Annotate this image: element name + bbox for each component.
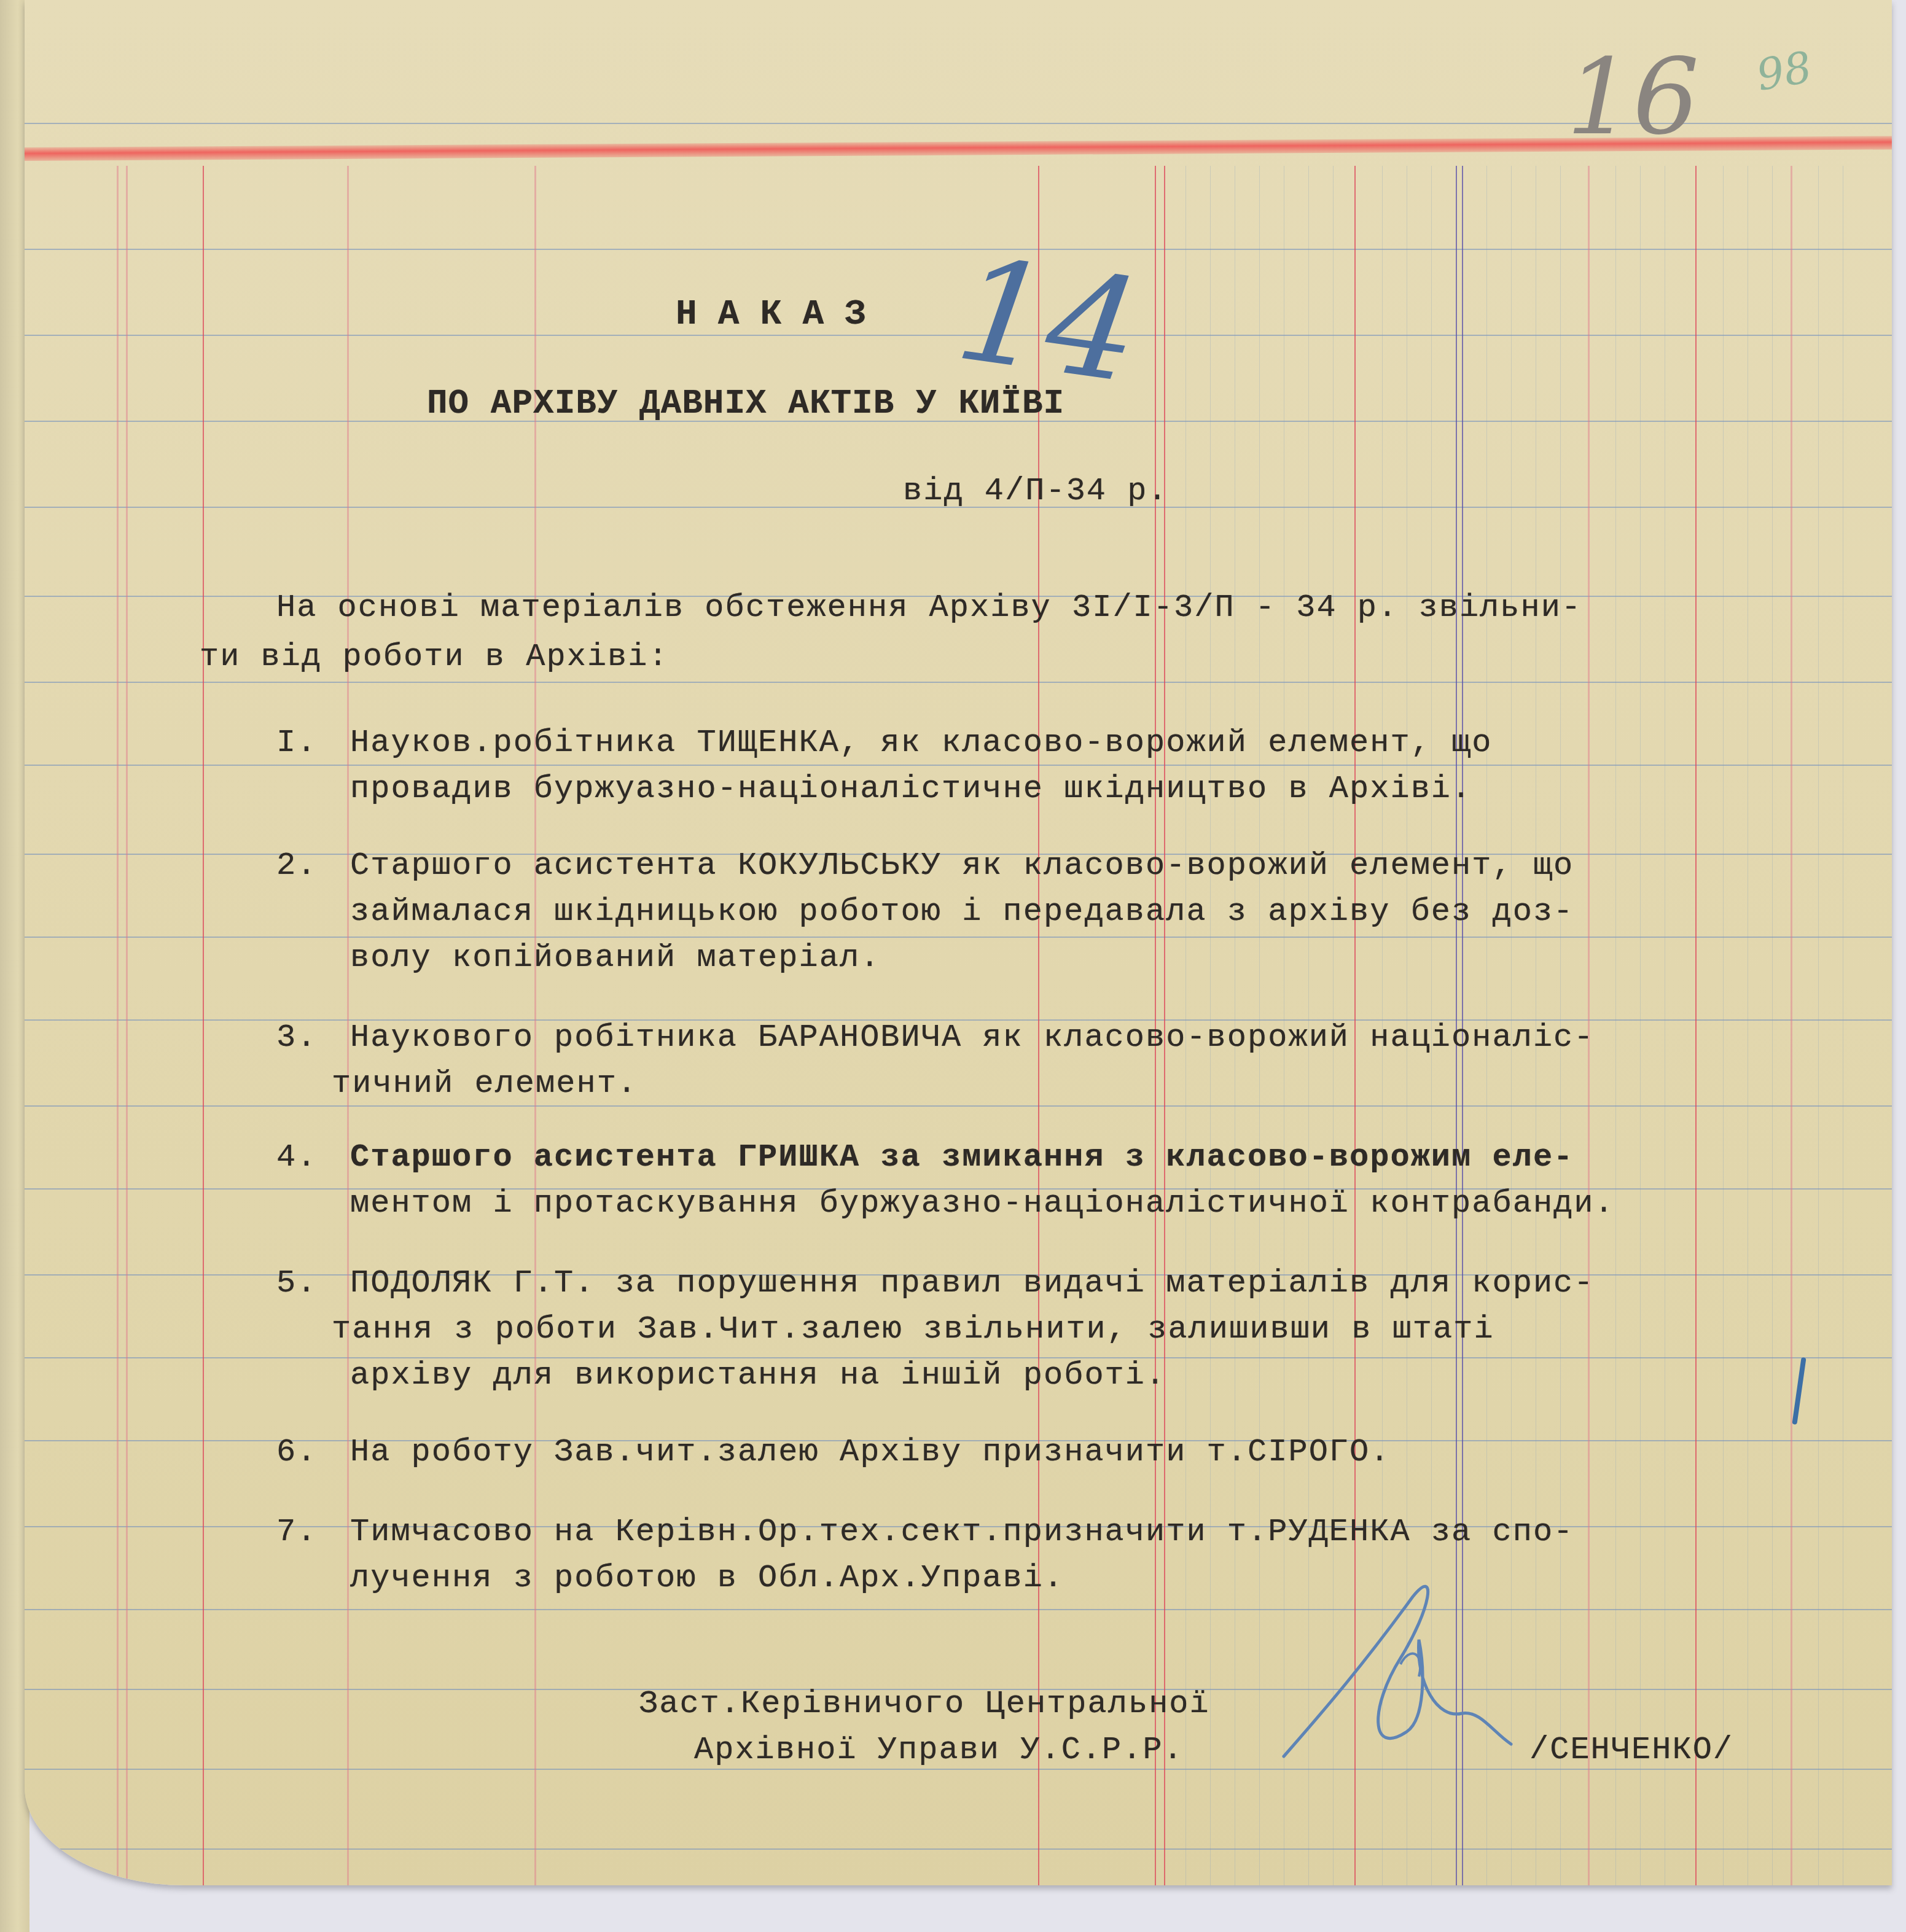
preamble-line: На основі матеріалів обстеження Архіву 3… (276, 590, 1582, 626)
ruled-line (25, 1769, 1892, 1770)
handwritten-signature-icon (1278, 1572, 1536, 1775)
ruled-line (25, 765, 1892, 766)
signature-title-line: Архівної Управи У.С.Р.Р. (694, 1732, 1184, 1768)
pencil-mark (1792, 1357, 1806, 1425)
item-line: Тимчасово на Керівн.Ор.тех.сект.призначи… (350, 1514, 1574, 1550)
item-line: провадив буржуазно-націоналістичне шкідн… (350, 771, 1472, 807)
item-line: тання з роботи Зав.Чит.залею звільнити, … (332, 1311, 1494, 1347)
item-line: займалася шкідницькою роботою і передава… (350, 894, 1574, 930)
grid-line (1723, 166, 1724, 1885)
ruled-line (25, 1609, 1892, 1610)
column-rule (203, 166, 204, 1885)
item-number: 4. (276, 1139, 317, 1175)
ruled-line (25, 1848, 1892, 1850)
item-number: 7. (276, 1514, 317, 1550)
column-rule (347, 166, 349, 1885)
grid-line (1772, 166, 1773, 1885)
item-line: тичний елемент. (332, 1065, 638, 1102)
item-line: На роботу Зав.чит.залею Архіву призначит… (350, 1434, 1390, 1470)
grid-line (1818, 166, 1819, 1885)
item-number: 2. (276, 847, 317, 884)
column-rule (1695, 166, 1697, 1885)
item-number: 3. (276, 1019, 317, 1056)
item-line: ментом і протаскування буржуазно-націона… (350, 1185, 1615, 1221)
item-line: архіву для використання на іншій роботі. (350, 1357, 1166, 1393)
document-date: від 4/П-34 р. (903, 473, 1168, 509)
old-folio-number: 98 (1753, 42, 1816, 101)
ledger-page: 16 98 14 НАКАЗ ПО АРХІВУ ДАВНІХ АКТІВ У … (25, 0, 1892, 1885)
item-number: 5. (276, 1265, 317, 1301)
ruled-line (25, 682, 1892, 683)
folio-number: 16 (1566, 37, 1699, 158)
grid-line (1665, 166, 1665, 1885)
column-rule (1791, 166, 1792, 1885)
document-photo: 16 98 14 НАКАЗ ПО АРХІВУ ДАВНІХ АКТІВ У … (0, 0, 1906, 1932)
signature-title-line: Заст.Керівничого Центральної (639, 1686, 1210, 1722)
item-line: Науков.робітника ТИЩЕНКА, як класово-вор… (350, 725, 1492, 761)
item-line: лучення з роботою в Обл.Арх.Управі. (350, 1560, 1064, 1596)
column-rule (117, 166, 119, 1885)
ruled-line (25, 937, 1892, 938)
grid-line (1748, 166, 1748, 1885)
document-subtitle: ПО АРХІВУ ДАВНІХ АКТІВ У КИЇВІ (427, 384, 1064, 423)
item-line: Старшого асистента КОКУЛЬСЬКУ як класово… (350, 847, 1574, 884)
grid-line (1615, 166, 1616, 1885)
preamble-line: ти від роботи в Архіві: (200, 639, 669, 675)
ruled-line (25, 249, 1892, 250)
signatory-name: /СЕНЧЕНКО/ (1529, 1732, 1733, 1768)
item-number: 6. (276, 1434, 317, 1470)
item-line: Старшого асистента ГРИШКА за змикання з … (350, 1139, 1574, 1175)
ruled-line (25, 1105, 1892, 1107)
item-line: Наукового робітника БАРАНОВИЧА як класов… (350, 1019, 1595, 1056)
grid-line (1640, 166, 1641, 1885)
column-rule (126, 166, 128, 1885)
item-line: ПОДОЛЯК Г.Т. за порушення правил видачі … (350, 1265, 1595, 1301)
grid-line (1843, 166, 1843, 1885)
document-title: НАКАЗ (676, 295, 887, 335)
item-number: І. (276, 725, 317, 761)
item-line: волу копійований матеріал. (350, 940, 880, 976)
